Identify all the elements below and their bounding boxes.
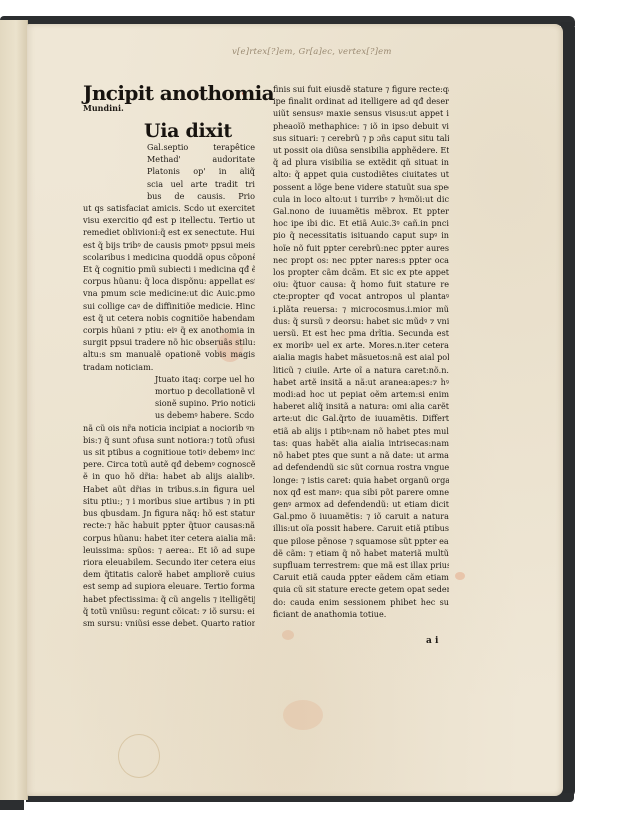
text-line: illis:ut oĩa possit habere. Caruit etiã … [273, 522, 449, 534]
text-line: liticũ ⁊ ciuile. Arte oĩ a natura caret:… [273, 364, 449, 376]
text-line: pio q̃ necessitatis isituando caput supꝰ… [273, 229, 449, 241]
text-line: cula in loco alto:ut i turribꝰ ⁊ hꝰmõi:u… [273, 193, 449, 205]
text-line: Jtuato itaq: corpe uel homine [83, 373, 255, 385]
opening-heading: Uia dixit [144, 121, 232, 141]
foxing-stain [455, 572, 465, 580]
text-line: vna pmum scie medicine:ut dic Auic.pmo [83, 287, 255, 299]
text-line: hoĩe nõ fuit ppter cerebrũ:nec ppter aur… [273, 242, 449, 254]
text-line: ẽ in quo hõ dr̃ia: habet ab alijs aialib… [83, 470, 255, 482]
text-line: bis:⁊ q̃ sunt ɔfusa sunt notiora:⁊ totũ … [83, 434, 255, 446]
text-line: Caruit etiã cauda ppter eãdem cãm etiam [273, 571, 449, 583]
text-line: alto: q̃ appet quia custodiẽtes ciuitate… [273, 168, 449, 180]
text-line: nec propt os: nec ppter nares:s ppter oc… [273, 254, 449, 266]
text-line: nox qđ est manꝰ: qua sibi põt parere omn… [273, 486, 449, 498]
text-line: Habet aũt dr̃ias in tribus.s.in figura u… [83, 483, 255, 495]
text-line: longe: ⁊ istis caret: quia habet organũ … [273, 474, 449, 486]
text-line: Gal.pmo õ iuuamẽtis: ⁊ iõ caruit a natur… [273, 510, 449, 522]
text-line: nõ habet ptes que sunt a nã date: ut arm… [273, 449, 449, 461]
text-line: ad defendendũ sic sũt cornua rostra vngu… [273, 461, 449, 473]
binding-board-left [0, 800, 24, 810]
text-line: visu exercitio qđ est p itellectu. Terti… [83, 214, 255, 226]
text-line: pheaoĩõ methaphice: ⁊ iõ in ipso debuit … [273, 120, 449, 132]
text-line: los propter cãm dcãm. Et sic ex pte appe… [273, 266, 449, 278]
text-line: haberet aliq̃ insitã a natura: omi alia … [273, 400, 449, 412]
text-line: bus de causis. Prio [83, 190, 255, 202]
foxing-stain [283, 700, 323, 730]
open-book: v[e]rtex[?]em, Gr[a]ec, vertex[?]em Jnci… [0, 0, 619, 828]
left-text-column: Jncipit anothomia Mundini. Uia dixit Gal… [83, 82, 255, 629]
text-line: aialia magis habet mãsuetos:nã est aial … [273, 351, 449, 363]
text-line: surgit ppsui tradere nõ hic obseruãs sti… [83, 336, 255, 348]
text-line: situ ptiu:; ⁊ i moribus siue artibus ⁊ i… [83, 495, 255, 507]
text-line: dem q̃titatis calorẽ habet ampliorẽ cuiu… [83, 568, 255, 580]
text-line: sionẽ supino. Prio noticiã toti [83, 397, 255, 409]
binding-board-right [561, 22, 575, 797]
text-line: corpus hũanu: habet iter cetera aialia m… [83, 532, 255, 544]
right-text-column: finis sui fuit eiusdẽ stature ⁊ figure r… [273, 83, 449, 620]
text-line: habet artẽ insitã a nã:ut aranea:apes:⁊ … [273, 376, 449, 388]
text-line: bus qbusdam. Jn figura nãq: hõ est statu… [83, 507, 255, 519]
text-line: ipe finalit ordinat ad itelligere ad qđ … [273, 95, 449, 107]
text-line: habet pfectissima: q̃ cũ angelis ⁊ itell… [83, 593, 255, 605]
text-line: remediet oblivioni:q̃ est ex senectute. … [83, 226, 255, 238]
text-line: ex moribꝰ uel ex arte. Mores.n.iter cete… [273, 339, 449, 351]
text-line: i.plãta reuersa: ⁊ microcosmus.i.mior mũ [273, 303, 449, 315]
text-line: sus situari: ⁊ cerebrũ ⁊ p ɔñs caput sit… [273, 132, 449, 144]
text-line: uiũt sensusꝰ maxie sensus visus:ut appet… [273, 107, 449, 119]
text-line: altu:s sm manualẽ opationẽ vobis magis [83, 348, 255, 360]
text-line: oiu: q̃tuor causa: q̃ homo fuit stature … [273, 278, 449, 290]
text-line: Gal.nono de iuuamẽtis mẽbrox. Et ppter [273, 205, 449, 217]
text-line: quia cũ sit stature erecte getem opat se… [273, 583, 449, 595]
text-line: arte:ut dic Gal.q̃rto de iuuamẽtis. Diff… [273, 412, 449, 424]
text-line: possent a lõge bene videre statuũt sua s… [273, 181, 449, 193]
text-line: nã cũ ois nr̃a noticia incipiat a nocior… [83, 422, 255, 434]
text-line: dẽ cãm: ⁊ etiam q̃ nõ habet materiã mult… [273, 547, 449, 559]
text-line: leuissima: spũos: ⁊ aerea:. Et iõ ad sup… [83, 544, 255, 556]
text-line: sm sursu: vniũsi esse debet. Quarto rati… [83, 617, 255, 629]
foxing-stain [282, 630, 294, 640]
text-line: q̃ totũ vniũsu: regunt cõicat: ⁊ iõ surs… [83, 605, 255, 617]
text-line: mortuo p decollationẽ vl suspẽ [83, 385, 255, 397]
text-line: us sit ptibus a cognitioue totiꝰ debemꝰ … [83, 446, 255, 458]
text-line: etiã ab alijs i ptibꝰ:nam nõ habet ptes … [273, 425, 449, 437]
text-line: recte:⁊ hãc habuit ppter q̃tuor causas:n… [83, 519, 255, 531]
text-line: do: cauda enim sessionem phibet hec su [273, 596, 449, 608]
text-line: finis sui fuit eiusdẽ stature ⁊ figure r… [273, 83, 449, 95]
text-line: us debemꝰ habere. Scdo ptiũ [83, 409, 255, 421]
text-line: ficiant de anathomia totiue. [273, 608, 449, 620]
text-line: pere. Circa totũ autẽ qđ debemꝰ cognoscẽ [83, 458, 255, 470]
text-line: sui collige caꝰ de diffinitiõe medicie. … [83, 300, 255, 312]
text-line: corpis hũani ⁊ ptiu: eiꝰ q̃ ex anothomia… [83, 324, 255, 336]
text-line: Gal.septio terapêtice [83, 141, 255, 153]
left-leaf-edge [0, 20, 28, 800]
text-line: dus: q̃ sursũ ⁊ deorsu: habet sic mũdꝰ ⁊… [273, 315, 449, 327]
text-line: uersũ. Et est hec pma drĩtia. Secunda es… [273, 327, 449, 339]
text-line: genꝰ armox ad defendendũ: ut etiam dicit [273, 498, 449, 510]
text-line: tradam noticiam. [83, 361, 255, 373]
text-line: supfluam terrestrem: que mã est illax pr… [273, 559, 449, 571]
text-line: cte:propter qđ vocat antropos ul plantaꝰ [273, 290, 449, 302]
text-line: tas: quas habẽt alia aialia intrisecas:n… [273, 437, 449, 449]
text-line: Methad' audoritate [83, 153, 255, 165]
text-line: ut possit oia diũsa sensibilia apphẽdere… [273, 144, 449, 156]
text-line: hoc ipe ibi dic. Et etiã Auic.3ꝰ cañ.in … [273, 217, 449, 229]
text-line: est q̃ ut cetera nobis cognitiõe habenda… [83, 312, 255, 324]
text-line: que pilose pẽnose ⁊ squamose sũt ppter e… [273, 535, 449, 547]
text-line: q̃ ad plura visibilia se extẽdit qñ situ… [273, 156, 449, 168]
text-line: scia uel arte tradit tri [83, 178, 255, 190]
text-line: corpus hũanu: q̃ loca dispõnu: appellat … [83, 275, 255, 287]
text-line: est semp ad supiora eleuare. Tertio form… [83, 580, 255, 592]
text-line: ut qs satisfaciat amicis. Scdo ut exerci… [83, 202, 255, 214]
incipit-title: Jncipit anothomia [83, 82, 255, 104]
handwritten-annotation: v[e]rtex[?]em, Gr[a]ec, vertex[?]em [232, 47, 392, 57]
signature-mark: a i [426, 636, 438, 646]
text-line: Platonis op' in aliq̃ [83, 165, 255, 177]
text-line: riora eleuabilem. Secundo iter cetera ei… [83, 556, 255, 568]
text-line: modi:ad hoc ut pepiat oẽm artem:si enim [273, 388, 449, 400]
text-line: scolaribus i medicina quoddã opus cõponẽ… [83, 251, 255, 263]
text-line: est q̃ bijs tribꝰ de causis pmotꝰ ppsui … [83, 239, 255, 251]
water-stain-ring [118, 734, 160, 778]
text-line: Et q̃ cognitio pmũ subiecti i medicina q… [83, 263, 255, 275]
